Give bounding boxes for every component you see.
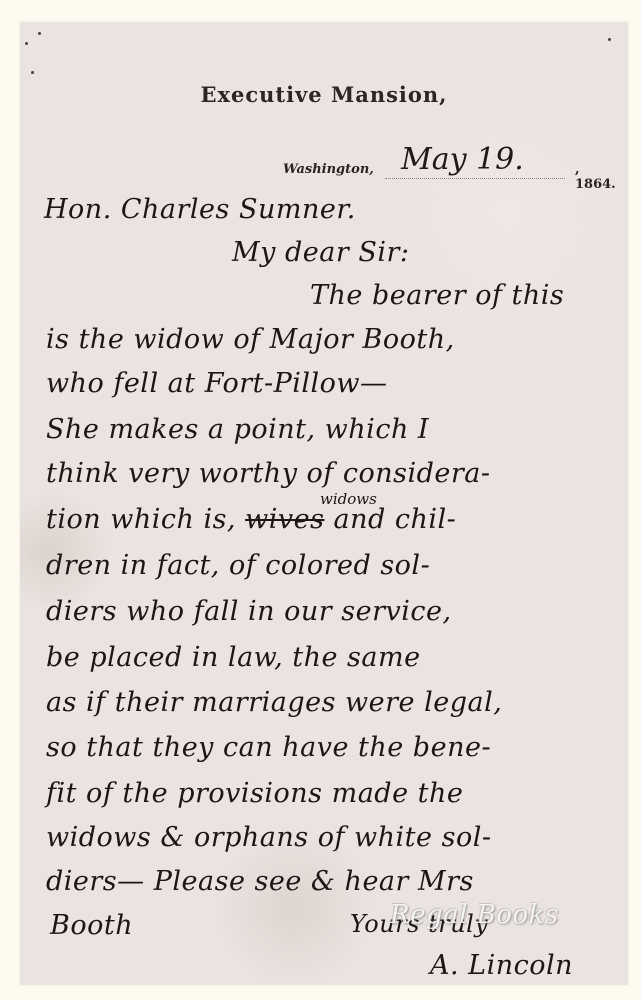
signature: A. Lincoln: [430, 950, 573, 981]
body-line-7: dren in fact, of colored sol-: [46, 550, 430, 581]
body-line-2: is the widow of Major Booth,: [46, 324, 455, 355]
paper-speck: [38, 32, 41, 35]
body-line-4: She makes a point, which I: [46, 414, 429, 445]
body-line-9: be placed in law, the same: [46, 642, 421, 673]
body-line-6: tion which is, wives and chil-: [46, 504, 456, 535]
handwritten-date: May 19.: [401, 142, 524, 177]
body-line-14: diers— Please see & hear Mrs: [46, 866, 474, 897]
paper-speck: [608, 38, 611, 41]
watermark: Regal Books: [390, 900, 559, 930]
body-line-3: who fell at Fort-Pillow—: [46, 368, 388, 399]
body-line-10: as if their marriages were legal,: [46, 687, 502, 718]
body-line-13: widows & orphans of white sol-: [46, 822, 491, 853]
body-line-15: Booth: [50, 910, 133, 941]
body-line-11: so that they can have the bene-: [46, 732, 491, 763]
letterhead-title: Executive Mansion,: [20, 82, 628, 107]
addressee: Hon. Charles Sumner.: [44, 194, 356, 225]
body-line-12: fit of the provisions made the: [46, 778, 463, 809]
dateline-place: Washington,: [283, 162, 374, 177]
paper-speck: [31, 71, 34, 74]
dateline-year: , 1864.: [575, 162, 623, 192]
date-dotted-line: [385, 178, 565, 179]
body-line-5: think very worthy of considera-: [46, 458, 491, 489]
greeting: My dear Sir:: [232, 237, 409, 268]
body-line-1: The bearer of this: [310, 280, 564, 311]
body-line-8: diers who fall in our service,: [46, 596, 452, 627]
struck-word: wives: [245, 504, 324, 535]
paper-speck: [25, 42, 28, 45]
letter-page: Executive Mansion, Washington, May 19. ,…: [20, 22, 628, 985]
dateline: Washington, May 19. , 1864.: [283, 140, 623, 186]
